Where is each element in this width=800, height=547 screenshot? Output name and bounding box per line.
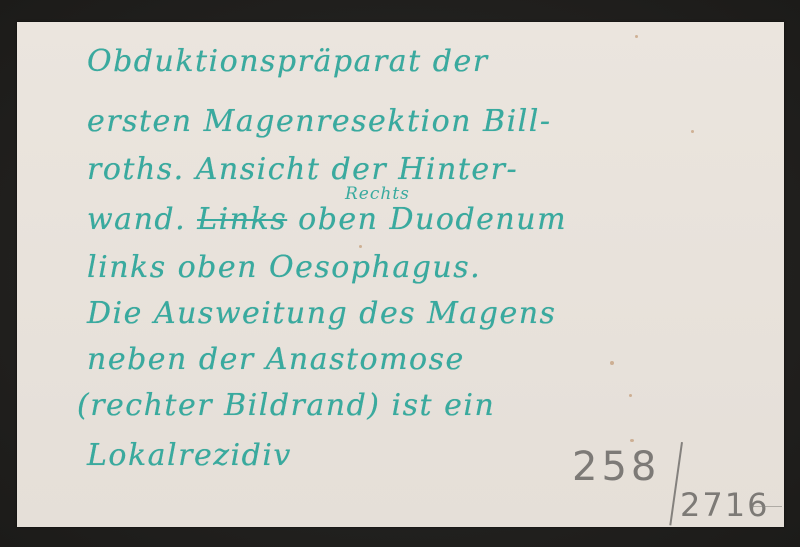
handwriting-line-4: wand. Links oben Duodenum [87,202,567,237]
foxing-spot [629,394,632,397]
struck-word: Links [197,202,287,237]
handwriting-line-2: ersten Magenresektion Bill- [87,104,552,139]
line4-prefix: wand. [87,202,186,237]
pencil-sub-number: 2716 [680,486,769,524]
foxing-spot [635,35,638,38]
pencil-tail-stroke [752,506,782,507]
label-card: Obduktionspräparat der ersten Magenresek… [17,22,784,527]
handwriting-line-7: neben der Anastomose [87,342,465,377]
inserted-correction: Rechts [345,184,410,204]
handwriting-line-1: Obduktionspräparat der [87,44,489,79]
foxing-spot [691,130,694,133]
handwriting-line-5: links oben Oesophagus. [87,250,481,285]
line4-suffix: oben Duodenum [298,202,567,237]
pencil-number: 258 [572,444,660,490]
handwriting-line-8: (rechter Bildrand) ist ein [77,388,495,423]
foxing-spot [630,439,634,442]
foxing-spot [610,361,614,365]
foxing-spot [359,245,362,248]
handwriting-line-6: Die Ausweitung des Magens [87,296,556,331]
handwriting-line-3: roths. Ansicht der Hinter- [87,152,518,187]
handwriting-line-9: Lokalrezidiv [87,438,292,473]
